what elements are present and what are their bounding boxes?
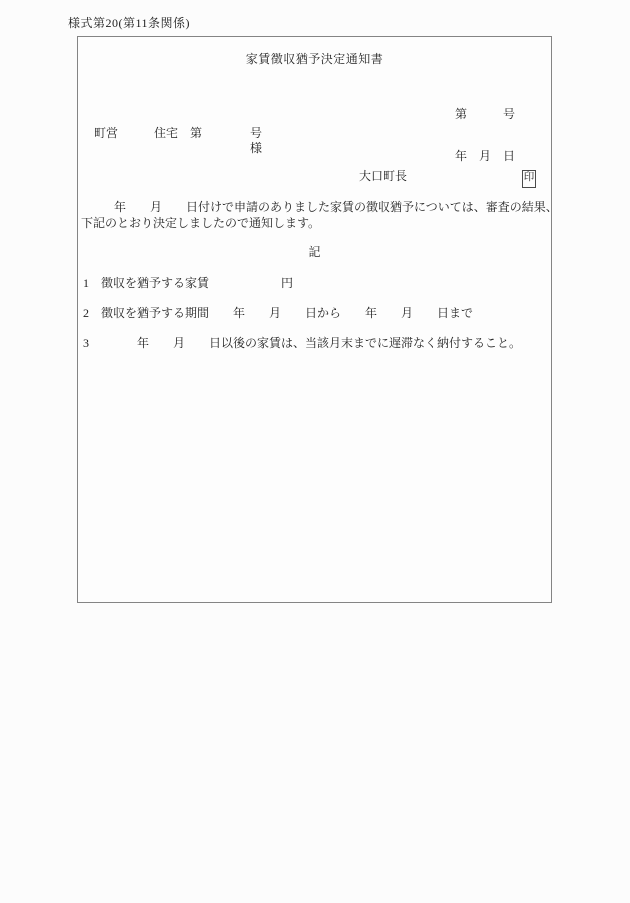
addressee-line: 町営 住宅 第 号 bbox=[94, 126, 262, 140]
seal-mark: 印 bbox=[522, 170, 536, 188]
form-number-label: 様式第20(第11条関係) bbox=[68, 14, 190, 31]
sender-name: 大口町長 bbox=[359, 169, 407, 183]
record-heading: 記 bbox=[78, 245, 551, 259]
addressee-honorific: 様 bbox=[250, 141, 262, 155]
doc-date-line: 年 月 日 bbox=[455, 149, 515, 163]
doc-meta-block: 第 号 年 月 日 bbox=[455, 79, 515, 191]
document-title: 家賃徴収猶予決定通知書 bbox=[78, 52, 551, 66]
item-payment-note: 3 年 月 日以後の家賃は、当該月末までに遅滞なく納付すること。 bbox=[83, 336, 521, 350]
doc-number-line: 第 号 bbox=[455, 107, 515, 121]
document-page: 様式第20(第11条関係) 家賃徴収猶予決定通知書 第 号 年 月 日 町営 住… bbox=[0, 0, 630, 903]
item-deferment-period: 2 徴収を猶予する期間 年 月 日から 年 月 日まで bbox=[83, 306, 473, 320]
body-paragraph-line-1: 年 月 日付けで申請のありました家賃の徴収猶予については、審査の結果、 bbox=[81, 200, 558, 214]
notice-form-border: 家賃徴収猶予決定通知書 第 号 年 月 日 町営 住宅 第 号 様 大口町長 印… bbox=[77, 36, 552, 603]
body-paragraph-line-2: 下記のとおり決定しましたので通知します。 bbox=[81, 216, 320, 230]
item-deferred-rent: 1 徴収を猶予する家賃 円 bbox=[83, 276, 293, 290]
